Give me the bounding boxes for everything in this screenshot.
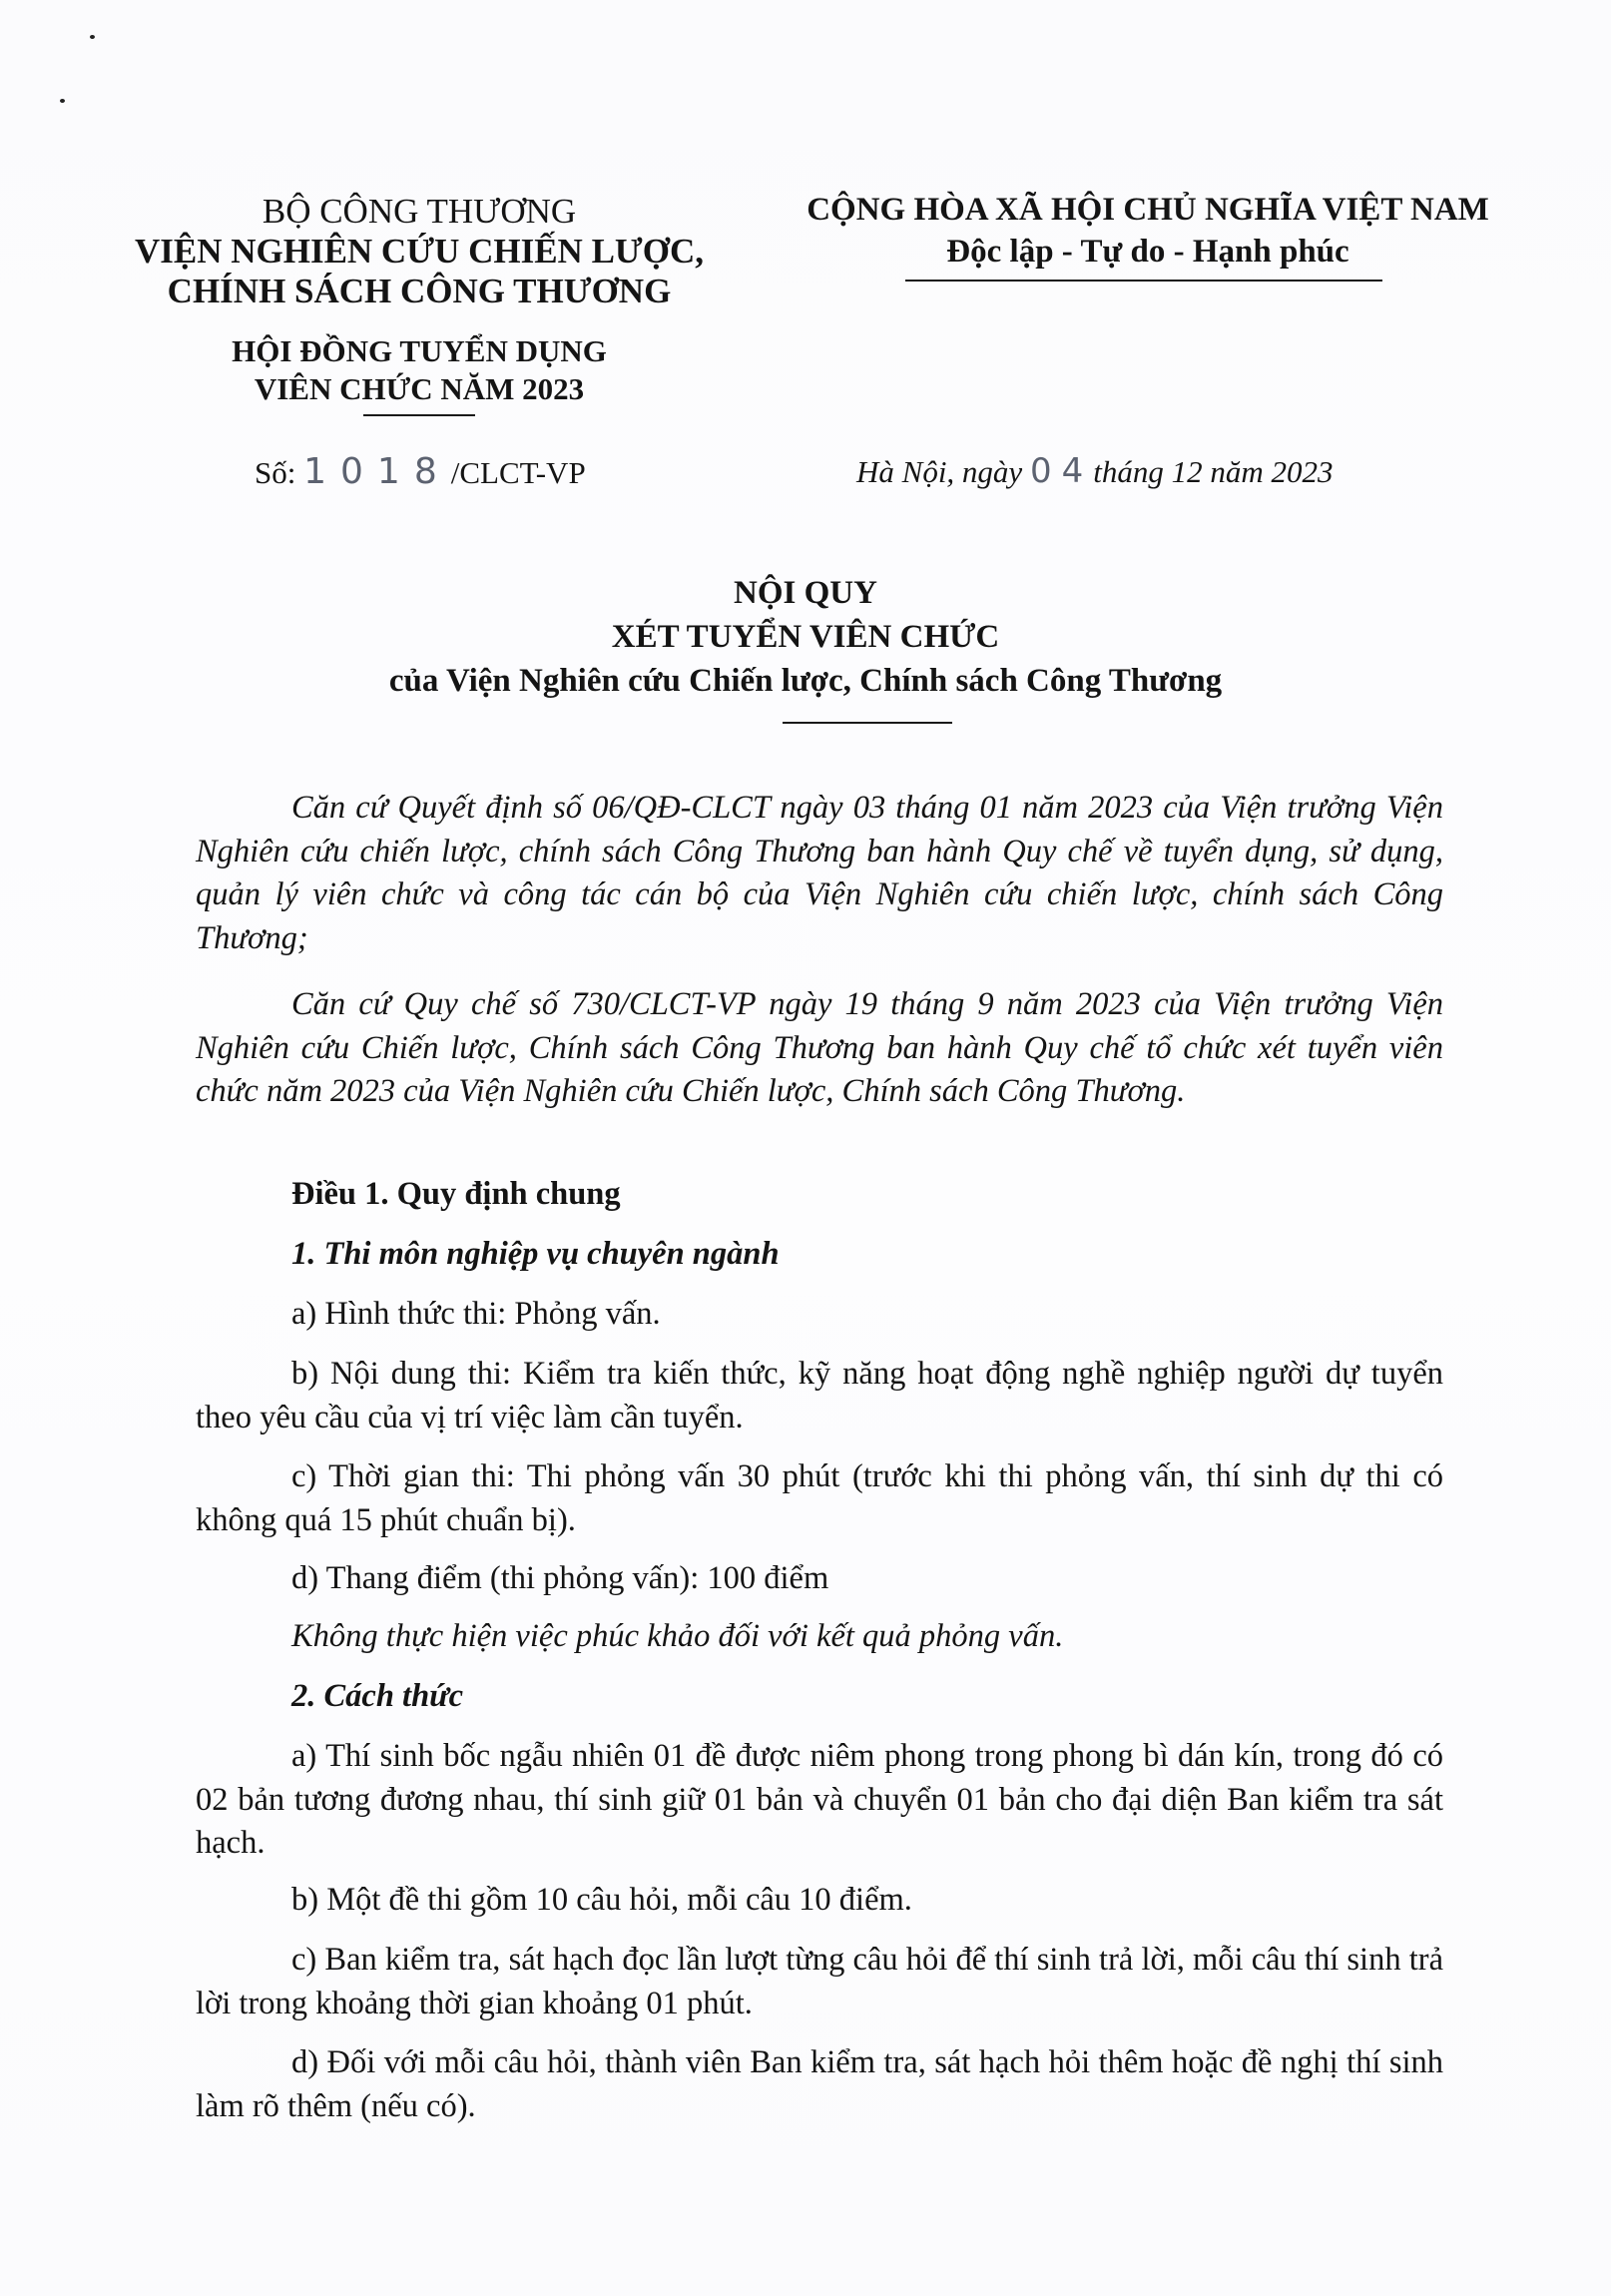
header-right-divider: [905, 280, 1382, 282]
council-name-line1: HỘI ĐỒNG TUYỂN DỤNG: [120, 333, 719, 369]
document-subtitle: XÉT TUYỂN VIÊN CHỨC: [200, 619, 1411, 656]
preamble-paragraph: Căn cứ Quyết định số 06/QĐ-CLCT ngày 03 …: [196, 787, 1443, 960]
institute-name-line1: VIỆN NGHIÊN CỨU CHIẾN LƯỢC,: [120, 232, 719, 272]
list-item: d) Đối với mỗi câu hỏi, thành viên Ban k…: [196, 2041, 1443, 2128]
document-page: BỘ CÔNG THƯƠNG VIỆN NGHIÊN CỨU CHIẾN LƯỢ…: [0, 0, 1611, 2296]
header-left-divider: [363, 414, 475, 416]
section-heading: 2. Cách thức: [196, 1675, 1443, 1719]
scan-speck: [90, 35, 95, 39]
stamped-number: 1018: [303, 451, 451, 492]
document-date: Hà Nội, ngày 04tháng 12 năm 2023: [856, 451, 1333, 491]
date-suffix: tháng 12 năm 2023: [1093, 454, 1333, 489]
list-item: b) Một đề thi gồm 10 câu hỏi, mỗi câu 10…: [196, 1879, 1443, 1923]
ministry-name: BỘ CÔNG THƯƠNG: [120, 192, 719, 232]
national-title: CỘNG HÒA XÃ HỘI CHỦ NGHĨA VIỆT NAM: [759, 192, 1537, 229]
list-item: a) Hình thức thi: Phỏng vấn.: [196, 1293, 1443, 1337]
section-note: Không thực hiện việc phúc khảo đối với k…: [196, 1615, 1443, 1659]
date-prefix: Hà Nội, ngày: [856, 454, 1030, 489]
preamble-block: Căn cứ Quyết định số 06/QĐ-CLCT ngày 03 …: [196, 787, 1443, 960]
scan-speck: [60, 99, 65, 103]
list-item: c) Ban kiểm tra, sát hạch đọc lần lượt t…: [196, 1939, 1443, 2025]
document-subtitle-org: của Viện Nghiên cứu Chiến lược, Chính sá…: [200, 663, 1411, 700]
article-heading: Điều 1. Quy định chung: [196, 1173, 1443, 1217]
list-item: a) Thí sinh bốc ngẫu nhiên 01 đề được ni…: [196, 1735, 1443, 1866]
list-item: c) Thời gian thi: Thi phỏng vấn 30 phút …: [196, 1455, 1443, 1542]
document-number-suffix: /CLCT-VP: [451, 455, 586, 490]
institute-name-line2: CHÍNH SÁCH CÔNG THƯƠNG: [120, 272, 719, 311]
title-divider: [783, 722, 952, 724]
list-item: b) Nội dung thi: Kiểm tra kiến thức, kỹ …: [196, 1353, 1443, 1439]
list-item: d) Thang điểm (thi phỏng vấn): 100 điểm: [196, 1557, 1443, 1601]
national-motto: Độc lập - Tự do - Hạnh phúc: [759, 234, 1537, 271]
document-number-label: Số:: [255, 455, 303, 490]
preamble-paragraph: Căn cứ Quy chế số 730/CLCT-VP ngày 19 th…: [196, 983, 1443, 1114]
section-heading: 1. Thi môn nghiệp vụ chuyên ngành: [196, 1233, 1443, 1277]
stamped-day: 04: [1030, 451, 1093, 491]
preamble-block: Căn cứ Quy chế số 730/CLCT-VP ngày 19 th…: [196, 983, 1443, 1114]
document-number: Số: 1018/CLCT-VP: [255, 451, 586, 492]
council-name-line2: VIÊN CHỨC NĂM 2023: [120, 371, 719, 407]
document-title: NỘI QUY: [200, 575, 1411, 612]
